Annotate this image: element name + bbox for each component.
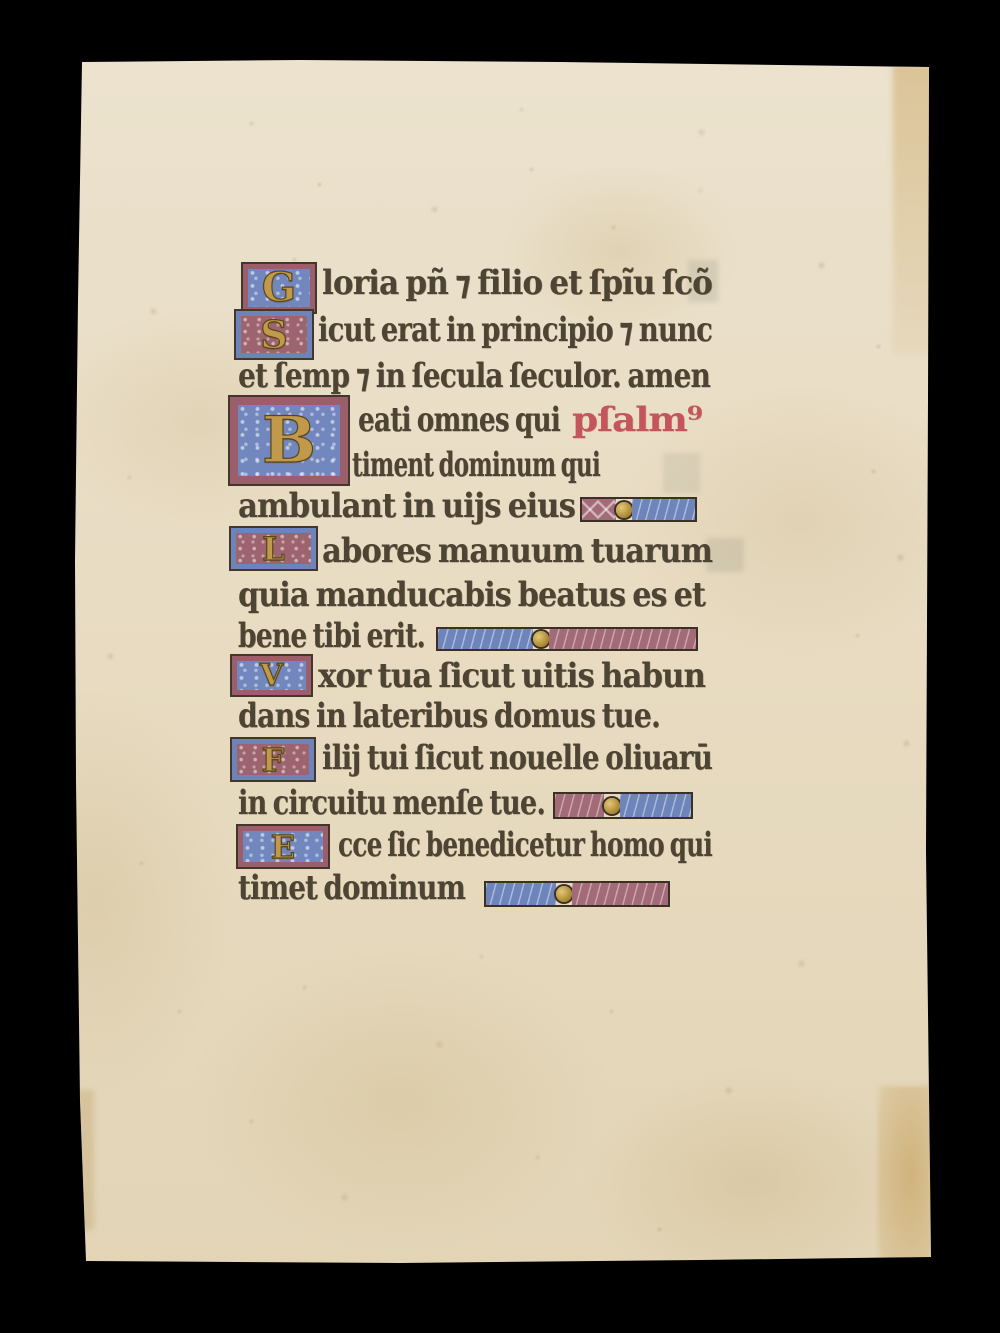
gold-boss-icon	[533, 631, 549, 647]
line-filler	[553, 792, 693, 819]
verse-line: cce ſic benedicetur homo qui	[338, 824, 853, 868]
verse-line: timet dominum	[238, 867, 517, 911]
illuminated-initial-F: F	[232, 739, 314, 780]
manuscript-leaf: G S B L V F E loria pñ ⁊ filio et ſpĩu ſ…	[0, 0, 1000, 1333]
filler-blue-segment	[438, 629, 533, 649]
gold-boss-icon	[616, 502, 632, 518]
stain-bottom-right	[878, 1086, 932, 1262]
verse-line: ilij tui ſicut nouelle oliuarū	[322, 737, 800, 781]
stain-top-right	[893, 64, 933, 354]
verse-line: quia manducabis beatus es et	[238, 574, 764, 618]
verse-line: icut erat in principio ⁊ nunc	[318, 309, 807, 353]
filler-red-segment	[582, 499, 616, 520]
line-filler	[484, 881, 670, 907]
verse-line: et ſemp ⁊ in ſecula ſeculor. amen	[238, 355, 811, 399]
filler-blue-segment	[620, 794, 691, 817]
illuminated-initial-L: L	[231, 528, 316, 569]
line-filler	[580, 497, 697, 522]
photo-backdrop: G S B L V F E loria pñ ⁊ filio et ſpĩu ſ…	[0, 0, 1000, 1333]
filler-red-segment	[549, 629, 696, 649]
line-filler	[436, 627, 698, 651]
illuminated-initial-V: V	[232, 656, 311, 695]
filler-blue-segment	[486, 883, 556, 905]
filler-red-segment	[572, 883, 668, 905]
verse-line: abores manuum tuarum	[322, 530, 756, 574]
illuminated-initial-B: B	[230, 397, 348, 484]
verse-line: timent dominum qui	[352, 444, 721, 488]
verse-line: ambulant in uijs eius	[238, 485, 611, 529]
verse-line: dans in lateribus domus tue.	[238, 695, 744, 739]
gold-boss-icon	[556, 886, 572, 902]
illuminated-initial-E: E	[238, 826, 328, 867]
rubric-psalmus: pſalm⁹	[572, 399, 690, 443]
verse-line: xor tua ſicut uitis habun	[318, 655, 746, 699]
filler-blue-segment	[632, 499, 695, 520]
gold-boss-icon	[604, 798, 620, 814]
verse-line: loria pñ ⁊ filio et ſpĩu ſcõ	[322, 262, 749, 306]
illuminated-initial-S: S	[236, 311, 312, 358]
filler-red-segment	[555, 794, 604, 817]
illuminated-initial-G: G	[243, 264, 315, 312]
stain-bottom-left	[76, 1090, 94, 1230]
foxing-spots	[0, 0, 3, 3]
